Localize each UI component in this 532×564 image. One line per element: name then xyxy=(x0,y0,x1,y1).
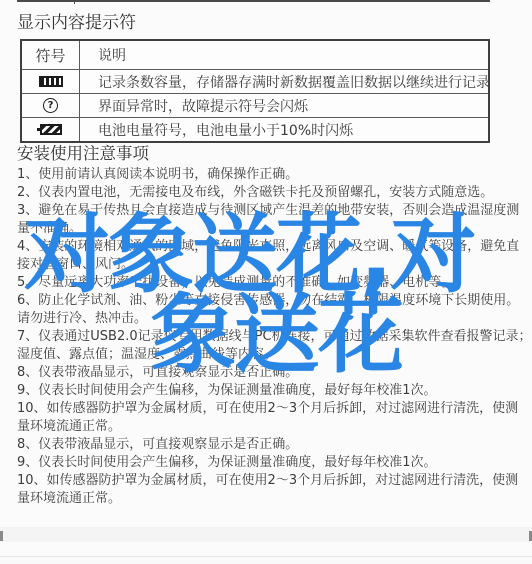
record-capacity-icon xyxy=(39,76,63,87)
note-line: 量环境流通正常。 xyxy=(17,490,529,508)
table-header-description: 说明 xyxy=(80,45,488,65)
section-heading-display-symbols: 显示内容提示符 xyxy=(17,8,136,33)
note-line: 10、如传感器防护罩为金属材质，可在使用2～3个月后拆卸，对过滤网进行清洗，使测 xyxy=(17,472,529,490)
question-circle-icon: ? xyxy=(43,98,58,113)
table-cell-description: 界面异常时，故障提示符号会闪烁 xyxy=(80,96,488,116)
table-cell-description: 电池电量符号，电池电量小于10%时闪烁 xyxy=(80,120,488,140)
cropped-table-bottom-border xyxy=(17,0,490,2)
bottom-gray-band xyxy=(0,527,532,542)
note-line: 量环境流通正常。 xyxy=(17,418,529,436)
section-heading-install-notes: 安装使用注意事项 xyxy=(17,140,149,164)
table-row: 电池电量符号，电池电量小于10%时闪烁 xyxy=(22,117,488,141)
table-row: 记录条数容量，存储器存满时新数据覆盖旧数据以继续进行记录 xyxy=(22,69,488,93)
bottom-footer-strip xyxy=(0,556,532,564)
cropped-table-column-divider xyxy=(74,0,75,4)
table-header-symbol: 符号 xyxy=(22,41,80,69)
table-header-row: 符号 说明 xyxy=(22,41,488,69)
note-line: 1、使用前请认真阅读本说明书，确保操作正确。 xyxy=(17,166,529,184)
note-line: 8、仪表带液晶显示，可直接观察显示是否正确。 xyxy=(17,436,529,454)
watermark-text-line2: 象送花 xyxy=(150,292,402,378)
note-line: 9、仪表长时间使用会产生偏移，为保证测量准确度，最好每年校准1次。 xyxy=(17,454,529,472)
note-line: 10、如传感器防护罩为金属材质，可在使用2～3个月后拆卸，对过滤网进行清洗，使测 xyxy=(17,400,529,418)
symbol-table: 符号 说明 记录条数容量，存储器存满时新数据覆盖旧数据以继续进行记录 ? 界面异… xyxy=(20,39,490,143)
note-line: 2、仪表内置电池，无需接电及布线，外含磁铁卡托及预留螺孔，安装方式随意选。 xyxy=(17,184,529,202)
page-edge-mark-left xyxy=(0,531,3,541)
battery-level-icon xyxy=(40,124,62,135)
table-row: ? 界面异常时，故障提示符号会闪烁 xyxy=(22,93,488,117)
table-cell-description: 记录条数容量，存储器存满时新数据覆盖旧数据以继续进行记录 xyxy=(80,72,488,92)
